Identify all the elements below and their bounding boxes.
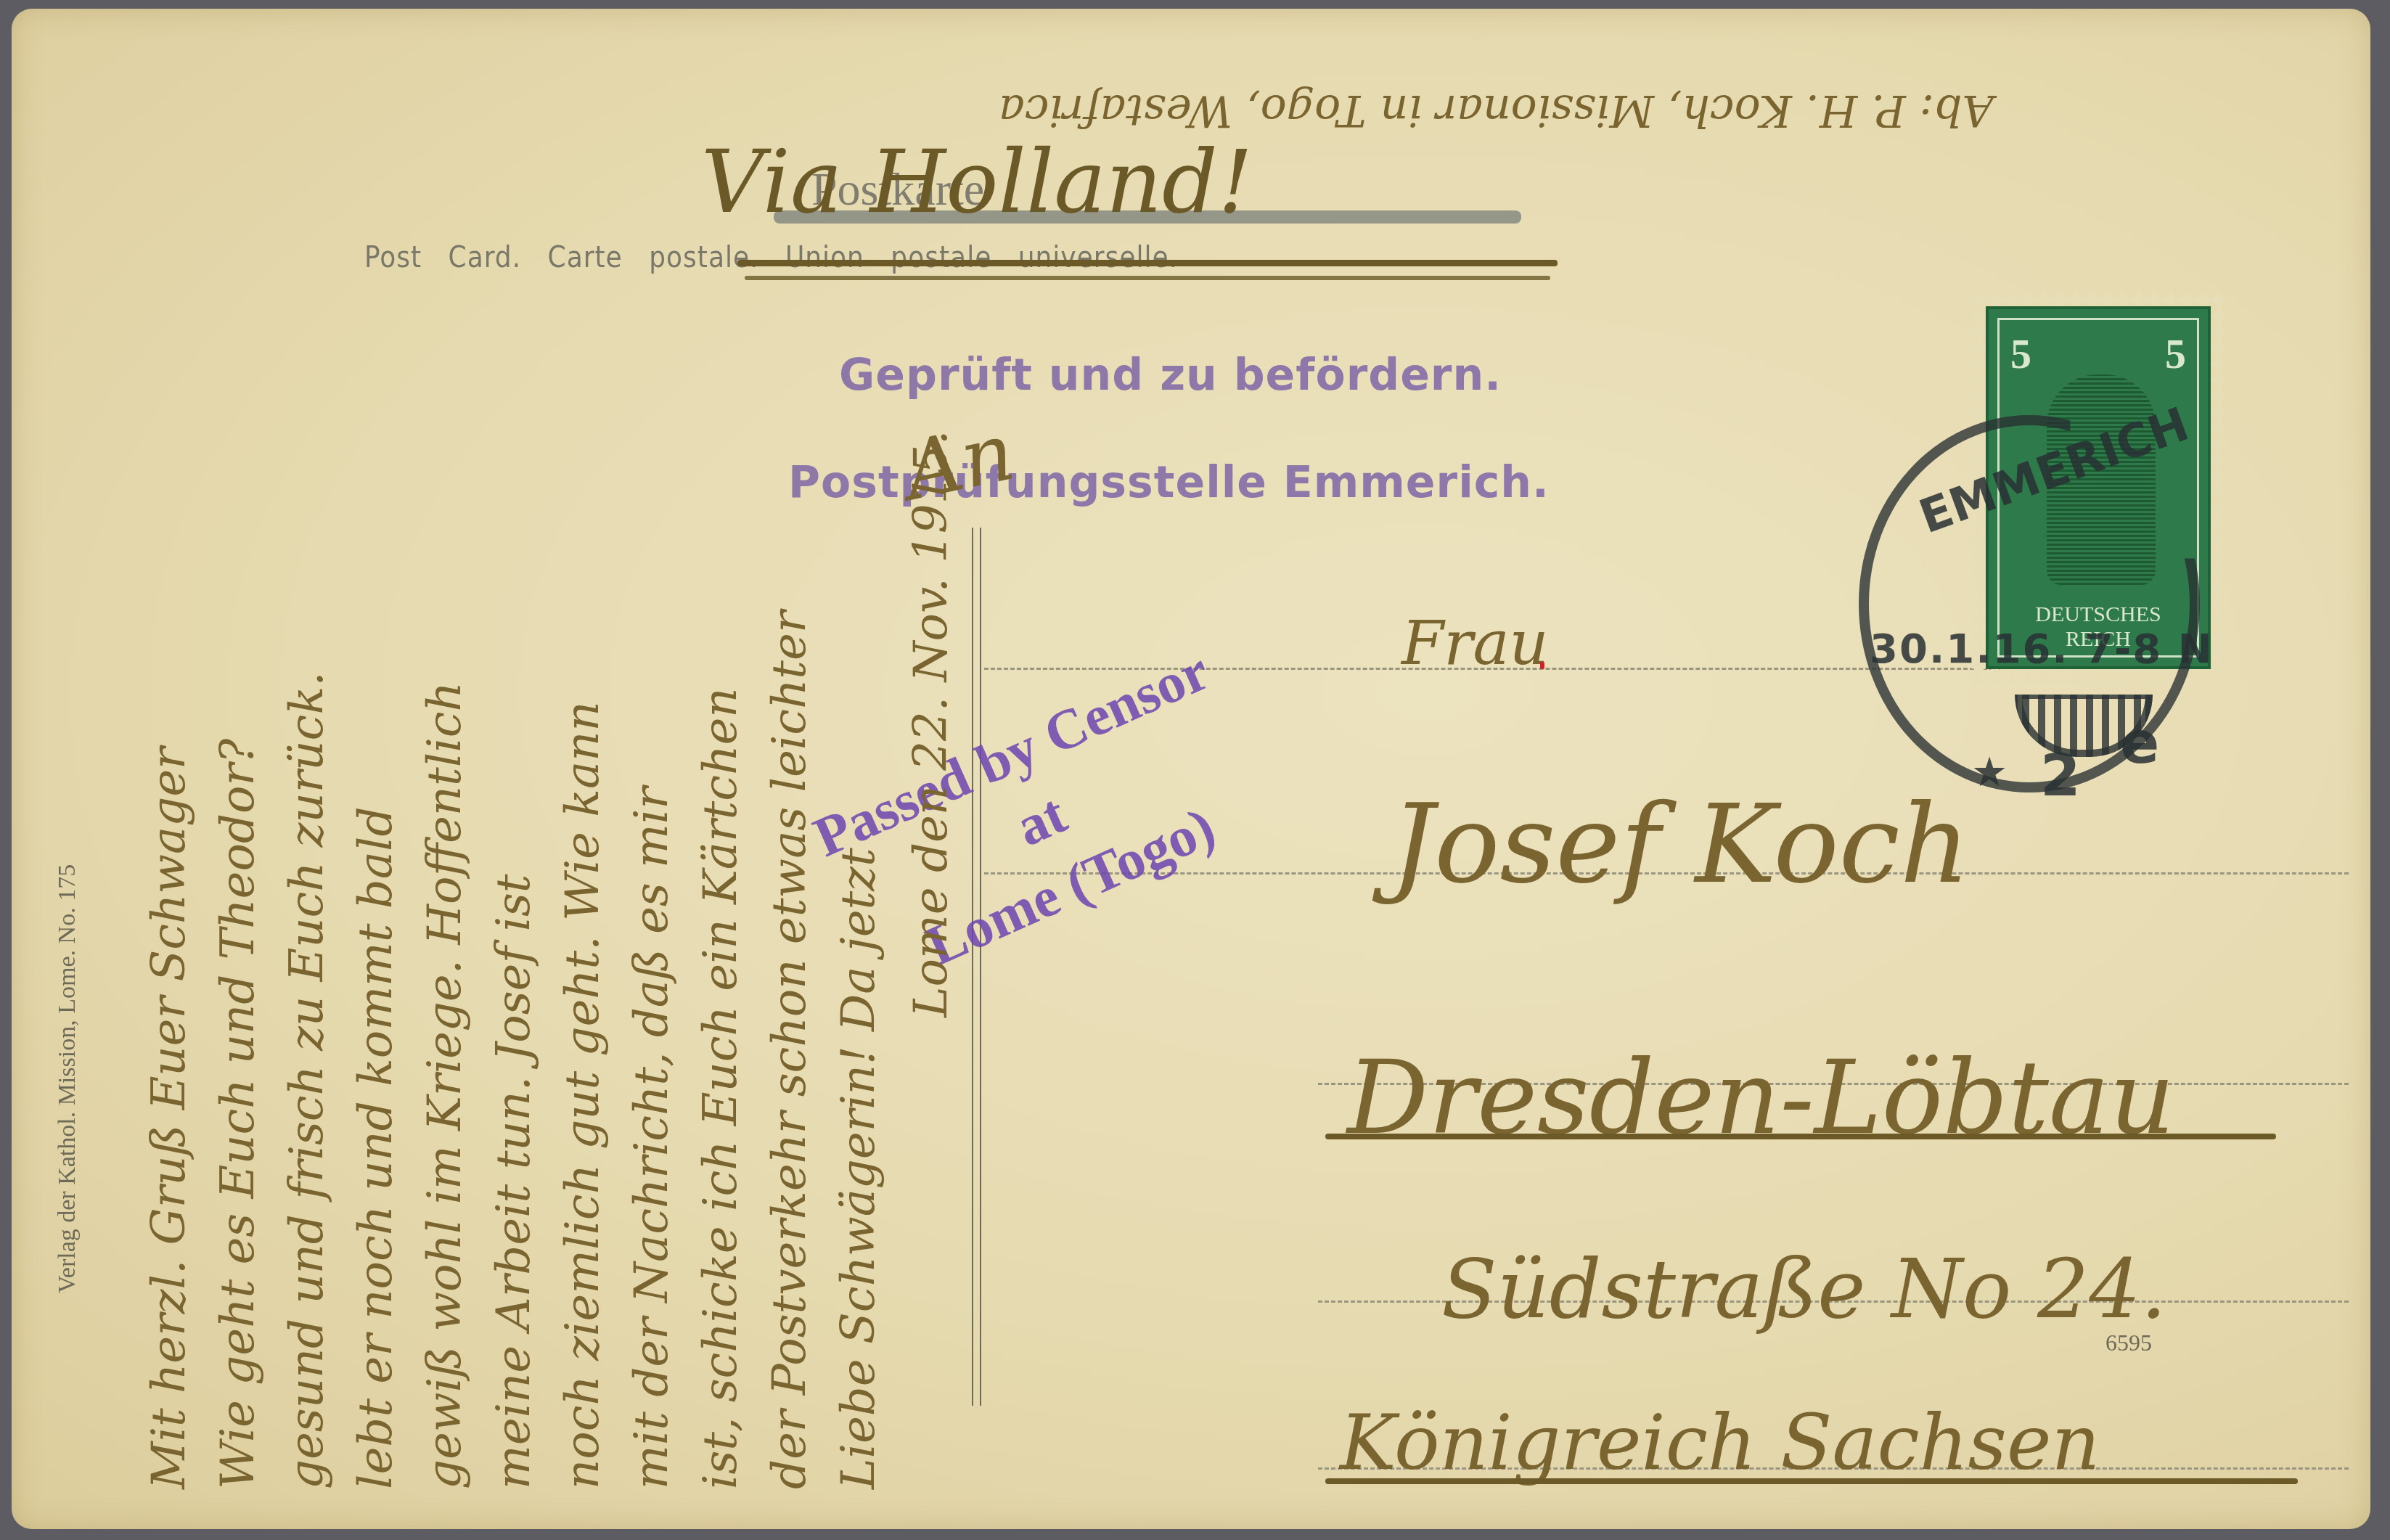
recipient-name: Josef Koch [1391, 782, 1970, 908]
message-line: mit der Nachricht, daß es mir [625, 787, 679, 1489]
message-line: noch ziemlich gut geht. Wie kann [556, 701, 610, 1489]
state-underline [1325, 1478, 2298, 1484]
message-line: Mit herzl. Gruß Euer Schwager [142, 747, 196, 1489]
message-line: der Postverkehr schon etwas leichter [763, 610, 817, 1489]
red-ink-dot [1540, 662, 1544, 669]
postmark-date: 30.1.16. 7-8 N [1870, 626, 2214, 673]
recipient-street: Südstraße No 24. [1441, 1242, 2166, 1337]
message-line: Wie geht es Euch und Theodor? [211, 739, 265, 1489]
top-note-upside-down: Ab: P. H. Koch, Missionar in Togo, Westa… [999, 85, 1994, 136]
message-line: ist, schicke ich Euch ein Kärtchen [694, 688, 748, 1490]
censor-stamp-german-line2: Postprüfungsstelle Emmerich. [788, 457, 1550, 508]
print-number: 6595 [2105, 1330, 2152, 1356]
stamp-value-right: 5 [2165, 329, 2186, 378]
postmark-suffix: e [2120, 709, 2159, 777]
message-line: Liebe Schwägerin! Da jetzt [832, 848, 885, 1489]
postmark-number: 2 [2040, 742, 2081, 809]
censor-stamp-german-line1: Geprüft und zu befördern. [839, 350, 1502, 401]
message-line: gewiß wohl im Kriege. Hoffentlich [418, 681, 472, 1489]
message-line: meine Arbeit tun. Josef ist [487, 875, 541, 1489]
address-salutation: Frau [1401, 607, 1549, 679]
message-line: gesund und frisch zu Euch zurück. [280, 671, 334, 1489]
city-underline [1325, 1134, 2276, 1139]
publisher-imprint: Verlag der Kathol. Mission, Lome. No. 17… [54, 864, 81, 1293]
handwritten-message: Lome den 22. Nov. 1915. Liebe Schwägerin… [99, 67, 883, 1504]
message-line: lebt er noch und kommt bald [349, 807, 403, 1489]
postcard: Postkarte Post Card. Carte postale. Unio… [12, 9, 2370, 1529]
postmark-star-icon: ★ [1971, 749, 2008, 796]
recipient-city: Dresden-Löbtau [1347, 1039, 2175, 1158]
recipient-state: Königreich Sachsen [1340, 1398, 2100, 1487]
message-date: Lome den 22. Nov. 1915. [904, 430, 958, 1017]
stamp-value-left: 5 [2010, 329, 2031, 378]
